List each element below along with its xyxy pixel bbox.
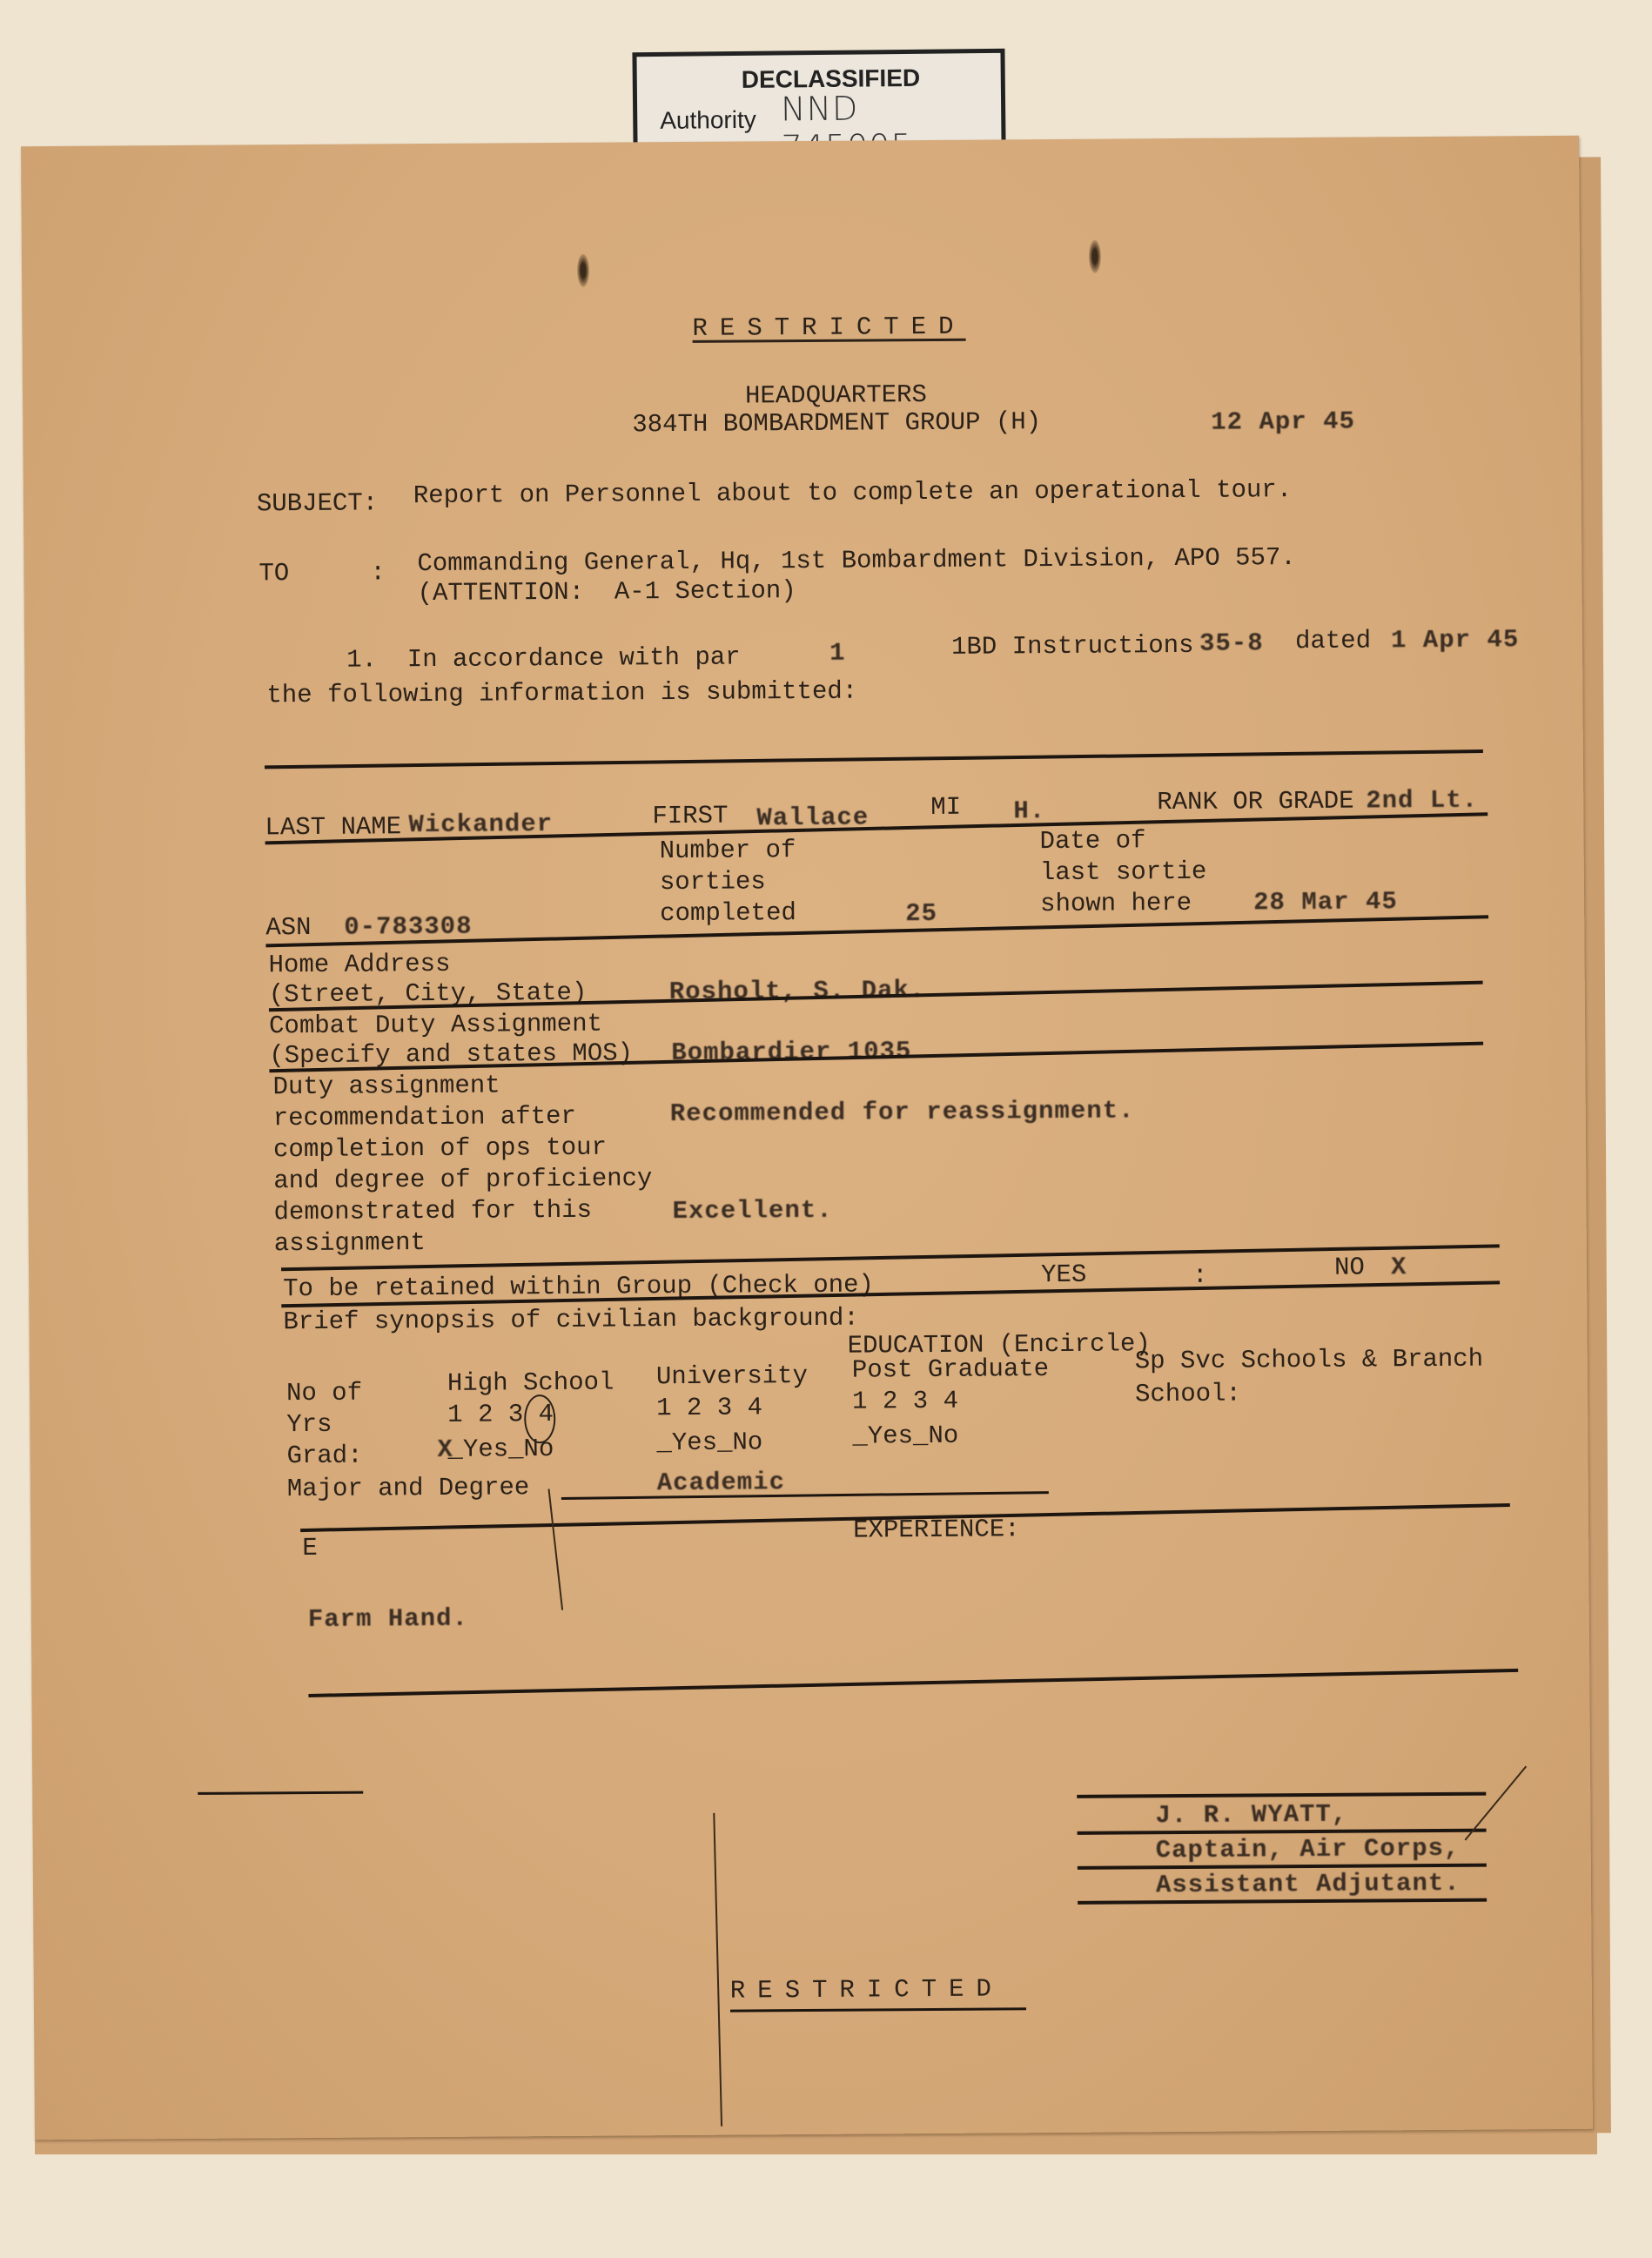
document-date: 12 Apr 45 [1211,409,1355,435]
form-top-rule [265,749,1483,769]
last-name-label: LAST NAME [265,814,401,840]
subject-text: Report on Personnel about to complete an… [413,477,1293,508]
last-sortie-label-3: shown here [1040,890,1192,917]
duty-label-line-4: and degree of proficiency [273,1166,652,1193]
sorties-value: 25 [905,901,937,926]
para1-par-number: 1 [829,641,846,666]
university-years: 1 2 3 4 [656,1394,762,1421]
retain-top-rule [281,1244,1500,1271]
experience-label: EXPERIENCE: [853,1516,1020,1542]
para1-dated: dated [1295,628,1371,654]
university-label: University [656,1363,808,1389]
retain-yes-label: YES [1041,1262,1086,1287]
org-line-1: HEADQUARTERS [745,382,927,408]
major-degree-label: Major and Degree [287,1475,530,1502]
post-graduate-years: 1 2 3 4 [852,1388,958,1415]
sorties-label-1: Number of [660,837,796,864]
classification-bottom: RESTRICTED [730,1976,1004,2003]
to-line-2: (ATTENTION: A-1 Section) [418,578,796,606]
signature-rule-1 [1077,1792,1486,1798]
signature-rule-4 [1078,1898,1487,1905]
to-label: TO [259,561,289,586]
home-address-label-1: Home Address [269,951,451,978]
rank-label: RANK OR GRADE [1157,789,1353,816]
retain-no-label: NO [1334,1255,1365,1280]
asn-label: ASN [265,915,311,940]
subject-label: SUBJECT: [257,490,378,516]
high-school-label: High School [447,1370,614,1396]
last-name-value: Wickander [408,811,553,837]
experience-value: Farm Hand. [308,1606,468,1632]
duty-label-line-3: completion of ops tour [273,1135,607,1163]
duty-label-line-2: recommendation after [273,1104,576,1131]
para1-instructions: 1BD Instructions [951,633,1194,660]
asn-value: 0-783308 [344,914,472,940]
sp-svc-schools-label-2: School: [1135,1381,1241,1408]
para1-date: 1 Apr 45 [1391,627,1519,653]
last-sortie-value: 28 Mar 45 [1253,889,1398,915]
university-grad-options: _Yes_No [656,1429,762,1455]
punch-hole-left [577,254,589,287]
duty-label-line-6: assignment [274,1230,426,1256]
last-sortie-label-2: last sortie [1040,859,1207,885]
margin-mark [198,1791,363,1795]
to-line-1: Commanding General, Hq, 1st Bombardment … [417,545,1296,576]
para1-instruction-number: 35-8 [1199,630,1264,656]
sorties-label-2: sorties [660,869,766,895]
civilian-background-label: Brief synopsis of civilian background: [283,1306,858,1335]
post-graduate-grad-options: _Yes_No [852,1423,958,1449]
sp-svc-schools-label-1: Sp Svc Schools & Branch [1135,1347,1483,1374]
retain-separator: : [1192,1263,1208,1288]
last-sortie-label-1: Date of [1040,828,1146,854]
declassified-stamp: DECLASSIFIED Authority NND 745005 [632,49,1005,148]
first-name-label: FIRST [652,803,728,830]
experience-marker: E [302,1536,318,1561]
experience-bottom-rule [308,1669,1518,1697]
combat-duty-label-1: Combat Duty Assignment [269,1011,602,1039]
edu-yrs-label: Yrs [286,1412,332,1437]
signatory-title: Assistant Adjutant. [1156,1871,1461,1898]
duty-recommendation-value: Recommended for reassignment. [670,1098,1135,1126]
middle-initial-value: H. [1013,798,1045,823]
edu-no-of-label: No of [286,1381,362,1407]
stamp-authority-label: Authority [660,106,756,135]
document-page: RESTRICTED HEADQUARTERS 384TH BOMBARDMEN… [21,136,1593,2140]
para1-line-2: the following information is submitted: [266,679,857,709]
post-graduate-label: Post Graduate [852,1356,1049,1383]
para1-text: 1. In accordance with par [346,645,741,673]
to-colon: : [370,560,386,585]
proficiency-value: Excellent. [672,1198,832,1224]
signature-slash-mark [1465,1765,1528,1840]
duty-label-line-1: Duty assignment [272,1072,500,1099]
edu-grad-label: Grad: [286,1443,362,1469]
middle-initial-label: MI [930,795,961,820]
major-degree-value: Academic [657,1469,785,1495]
duty-label-line-5: demonstrated for this [273,1198,592,1226]
classification-bottom-underline [730,2007,1026,2012]
classification-top: RESTRICTED [692,314,965,341]
rank-value: 2nd Lt. [1366,788,1478,814]
pen-mark [547,1489,563,1609]
signatory-rank: Captain, Air Corps, [1156,1836,1461,1863]
signatory-name: J. R. WYATT, [1155,1802,1347,1829]
high-school-grad-options: _Yes_No [447,1436,554,1462]
org-line-2: 384TH BOMBARDMENT GROUP (H) [632,409,1041,437]
sorties-label-3: completed [660,900,796,926]
punch-hole-right [1089,240,1101,273]
major-degree-rule [561,1491,1049,1500]
retain-no-mark: X [1391,1254,1407,1280]
fold-line [713,1813,722,2127]
